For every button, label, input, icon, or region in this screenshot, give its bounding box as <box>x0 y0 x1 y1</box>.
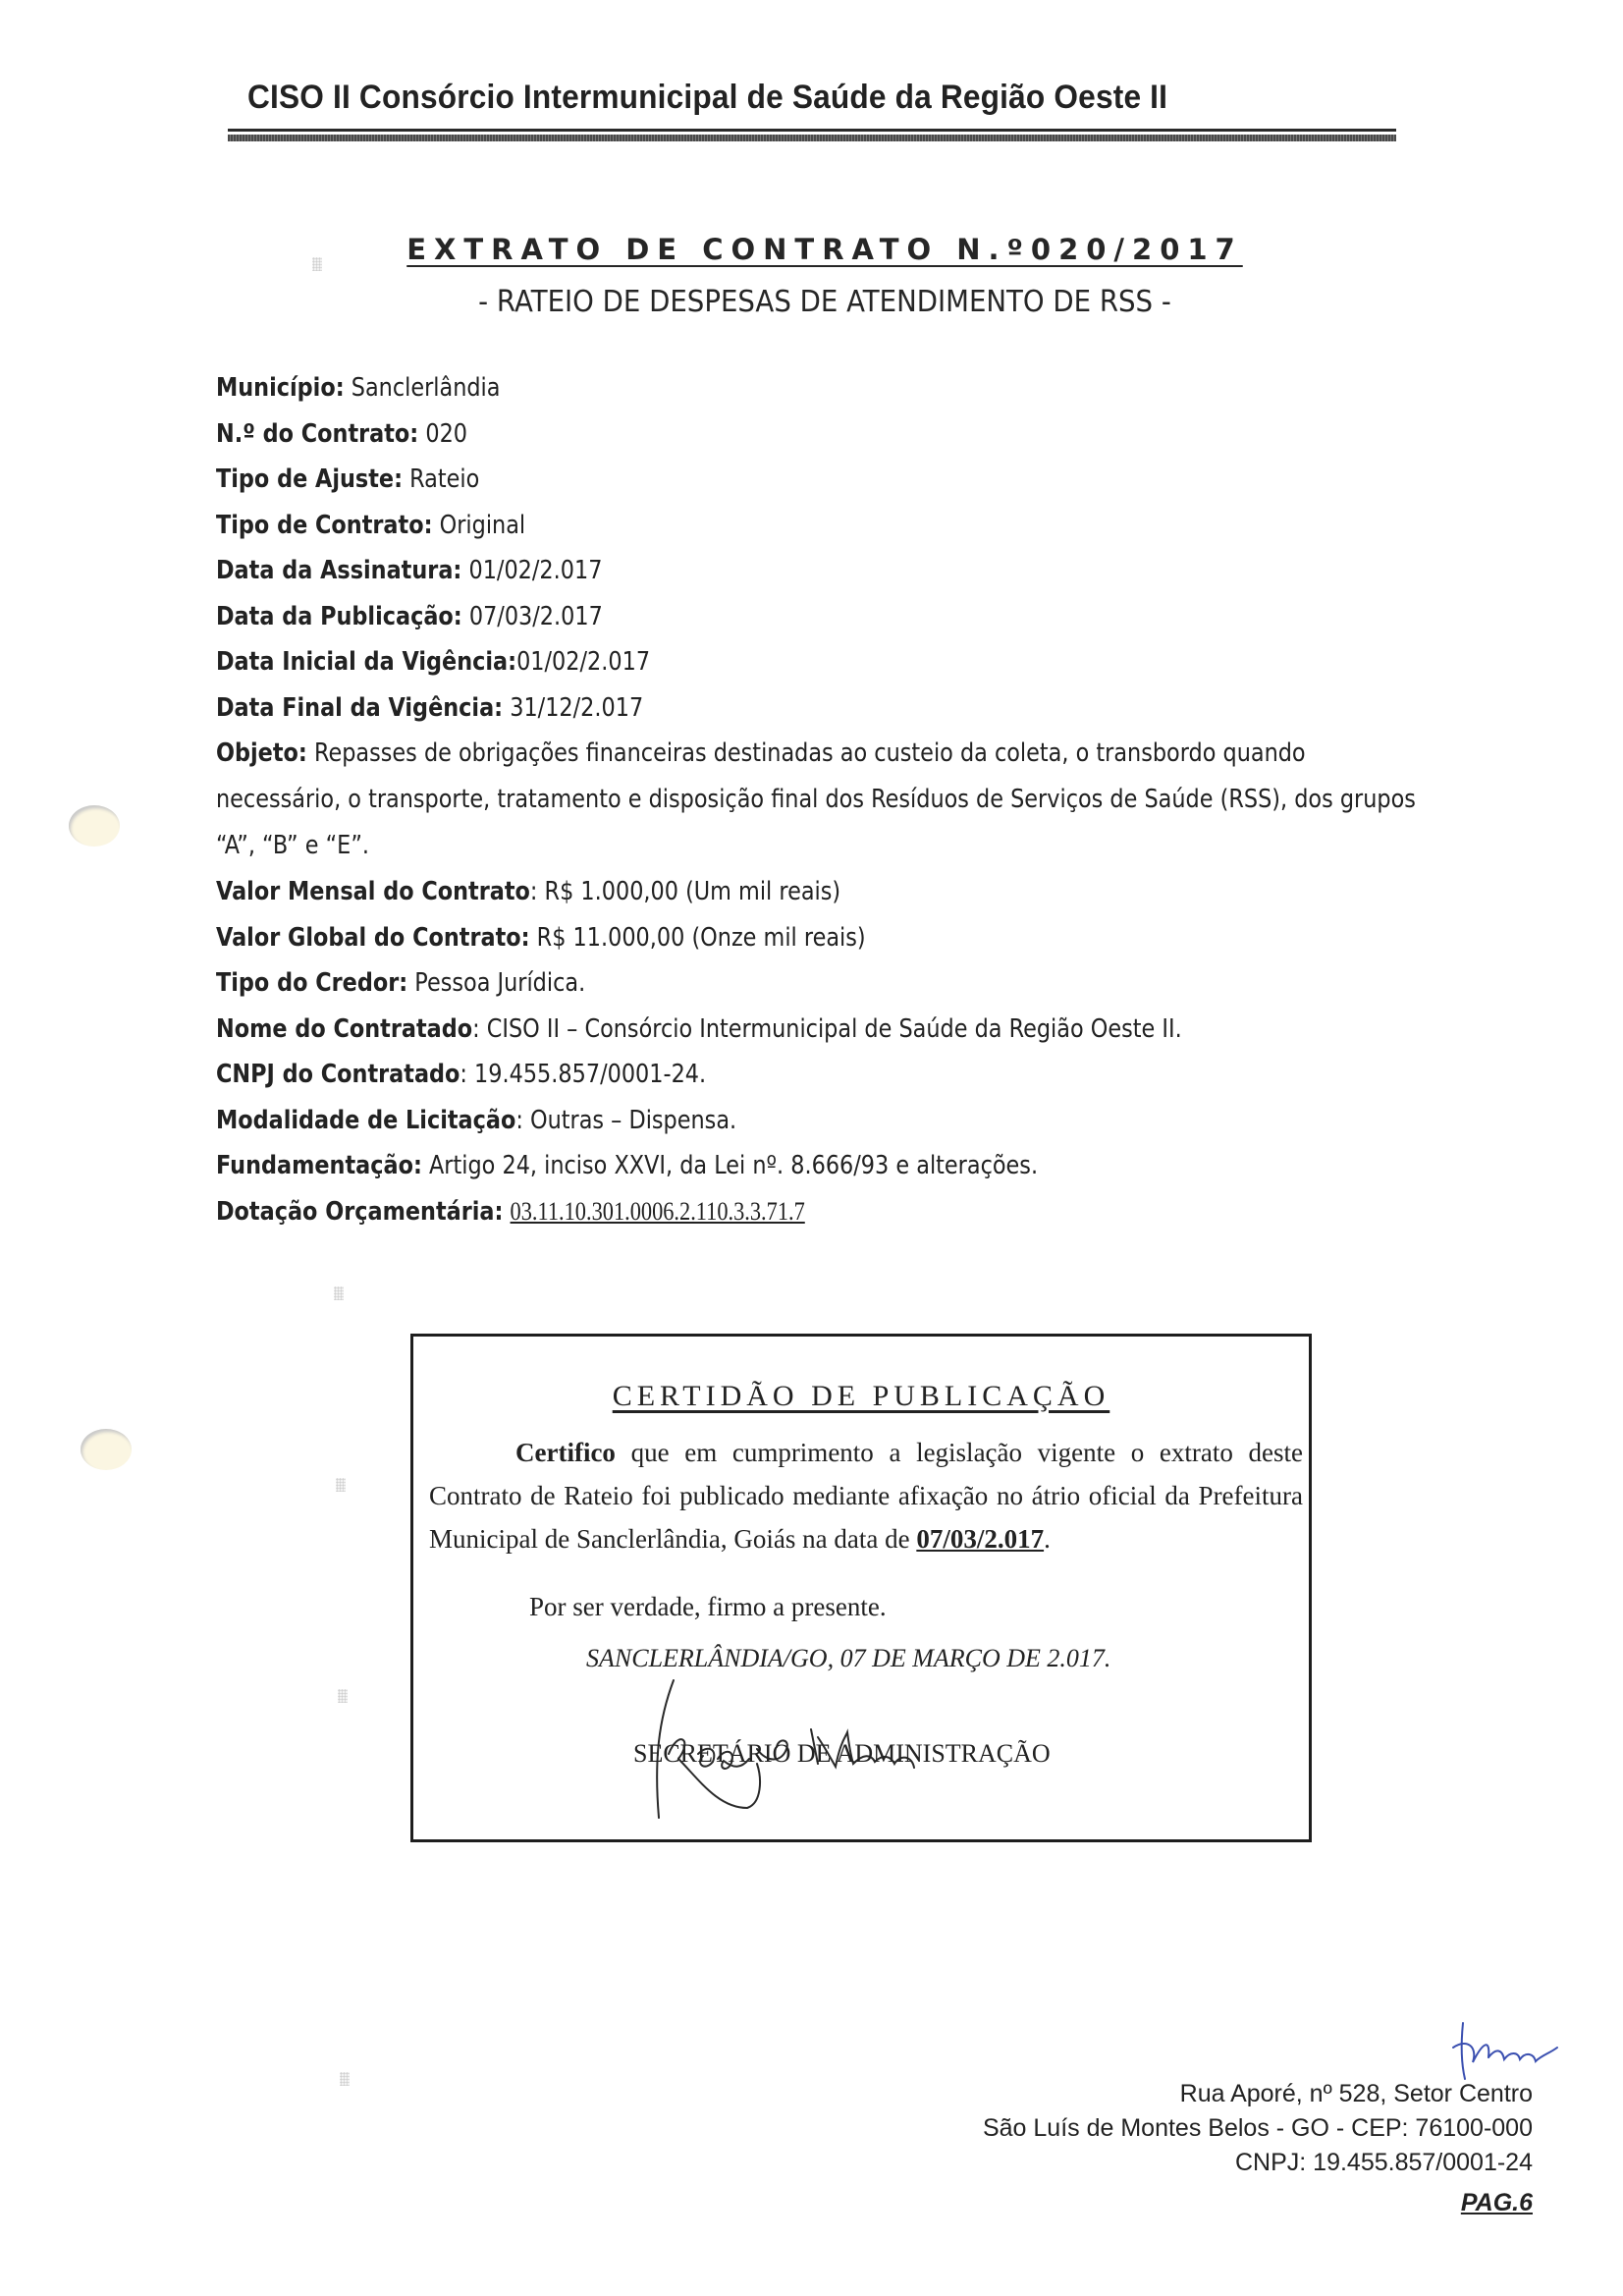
field-monthly-value: Valor Mensal do Contrato: R$ 1.000,00 (U… <box>216 869 1255 915</box>
field-value: Rateio <box>403 465 479 494</box>
field-bidding-modality: Modalidade de Licitação: Outras – Dispen… <box>216 1098 1255 1144</box>
field-object: Objeto: Repasses de obrigações financeir… <box>216 731 1432 869</box>
field-label: Município: <box>216 373 345 403</box>
field-label: Valor Mensal do Contrato <box>216 877 530 906</box>
field-publication-date: Data da Publicação: 07/03/2.017 <box>216 594 1255 640</box>
contract-fields: Município: Sanclerlândia N.º do Contrato… <box>216 365 1255 1234</box>
footer-address-line2: São Luís de Montes Belos - GO - CEP: 761… <box>983 2111 1533 2146</box>
certificate-lead-word: Certifico <box>515 1438 616 1467</box>
field-label: CNPJ do Contratado <box>216 1060 460 1089</box>
field-contract-type: Tipo de Contrato: Original <box>216 503 1255 549</box>
extract-title: EXTRATO DE CONTRATO N.º020/2017 <box>403 233 1247 266</box>
punch-hole-top <box>69 805 120 847</box>
publication-certificate: CERTIDÃO DE PUBLICAÇÃO Certifico que em … <box>410 1334 1312 1842</box>
document-page: CISO II Consórcio Intermunicipal de Saúd… <box>0 0 1623 2296</box>
certificate-text-end: . <box>1044 1524 1051 1554</box>
field-value: 03.11.10.301.0006.2.110.3.3.71.7 <box>511 1197 805 1226</box>
field-label: Tipo de Contrato: <box>216 511 433 540</box>
field-adjustment-type: Tipo de Ajuste: Rateio <box>216 457 1255 503</box>
field-value: Pessoa Jurídica. <box>407 968 585 998</box>
field-value: Artigo 24, inciso XXVI, da Lei nº. 8.666… <box>422 1151 1038 1180</box>
field-budget-allocation: Dotação Orçamentária: 03.11.10.301.0006.… <box>216 1189 1255 1235</box>
field-label: Dotação Orçamentária: <box>216 1197 503 1227</box>
field-value: R$ 11.000,00 (Onze mil reais) <box>530 923 866 953</box>
extract-subtitle: - RATEIO DE DESPESAS DE ATENDIMENTO DE R… <box>436 285 1213 319</box>
field-value: : R$ 1.000,00 (Um mil reais) <box>530 877 840 906</box>
field-signature-date: Data da Assinatura: 01/02/2.017 <box>216 548 1255 594</box>
organization-header: CISO II Consórcio Intermunicipal de Saúd… <box>247 79 1167 117</box>
footer-address-line1: Rua Aporé, nº 528, Setor Centro <box>983 2077 1533 2111</box>
scan-speck <box>334 1286 344 1300</box>
field-value: 01/02/2.017 <box>516 647 650 677</box>
field-contract-number: N.º do Contrato: 020 <box>216 411 1255 458</box>
field-value: Sanclerlândia <box>345 373 501 403</box>
field-label: Tipo do Credor: <box>216 968 407 998</box>
field-value: 01/02/2.017 <box>461 556 602 585</box>
field-validity-end: Data Final da Vigência: 31/12/2.017 <box>216 685 1255 732</box>
certificate-body: Certifico que em cumprimento a legislaçã… <box>429 1431 1303 1560</box>
field-value: : Outras – Dispensa. <box>515 1106 736 1135</box>
field-label: N.º do Contrato: <box>216 419 418 449</box>
field-label: Data Inicial da Vigência: <box>216 647 516 677</box>
field-creditor-type: Tipo do Credor: Pessoa Jurídica. <box>216 960 1255 1007</box>
page-number: PAG.6 <box>1461 2186 1533 2220</box>
field-value: 020 <box>418 419 467 449</box>
field-label: Data Final da Vigência: <box>216 693 503 723</box>
field-contractor-cnpj: CNPJ do Contratado: 19.455.857/0001-24. <box>216 1052 1255 1098</box>
field-value: : 19.455.857/0001-24. <box>460 1060 706 1089</box>
scan-speck <box>312 257 322 271</box>
certificate-truth-statement: Por ser verdade, firmo a presente. <box>529 1592 887 1622</box>
field-label: Nome do Contratado <box>216 1014 472 1044</box>
field-value: 31/12/2.017 <box>503 693 643 723</box>
certificate-publication-date: 07/03/2.017 <box>916 1524 1044 1554</box>
certificate-title: CERTIDÃO DE PUBLICAÇÃO <box>413 1380 1309 1413</box>
field-label: Tipo de Ajuste: <box>216 465 403 494</box>
field-value: Original <box>433 511 526 540</box>
field-label: Data da Publicação: <box>216 602 462 631</box>
field-value: Repasses de obrigações financeiras desti… <box>216 738 1416 860</box>
field-label: Modalidade de Licitação <box>216 1106 515 1135</box>
scan-speck <box>336 1478 346 1492</box>
punch-hole-bottom <box>81 1429 132 1470</box>
header-rule-thick <box>228 135 1396 141</box>
field-legal-basis: Fundamentação: Artigo 24, inciso XXVI, d… <box>216 1143 1255 1189</box>
header-rule <box>228 129 1396 132</box>
field-validity-start: Data Inicial da Vigência:01/02/2.017 <box>216 639 1255 685</box>
field-contractor-name: Nome do Contratado: CISO II – Consórcio … <box>216 1007 1255 1053</box>
footer-address: Rua Aporé, nº 528, Setor Centro São Luís… <box>983 2077 1533 2220</box>
field-value: 07/03/2.017 <box>462 602 603 631</box>
field-label: Objeto: <box>216 738 307 768</box>
field-global-value: Valor Global do Contrato: R$ 11.000,00 (… <box>216 915 1255 961</box>
field-label: Valor Global do Contrato: <box>216 923 530 953</box>
field-municipio: Município: Sanclerlândia <box>216 365 1255 411</box>
scan-speck <box>338 1689 348 1703</box>
field-label: Data da Assinatura: <box>216 556 461 585</box>
footer-cnpj: CNPJ: 19.455.857/0001-24 <box>983 2146 1533 2180</box>
field-value: : CISO II – Consórcio Intermunicipal de … <box>472 1014 1182 1044</box>
scan-speck <box>340 2072 350 2086</box>
field-label: Fundamentação: <box>216 1151 422 1180</box>
signer-role: SECRETÁRIO DE ADMINISTRAÇÃO <box>633 1739 1051 1769</box>
